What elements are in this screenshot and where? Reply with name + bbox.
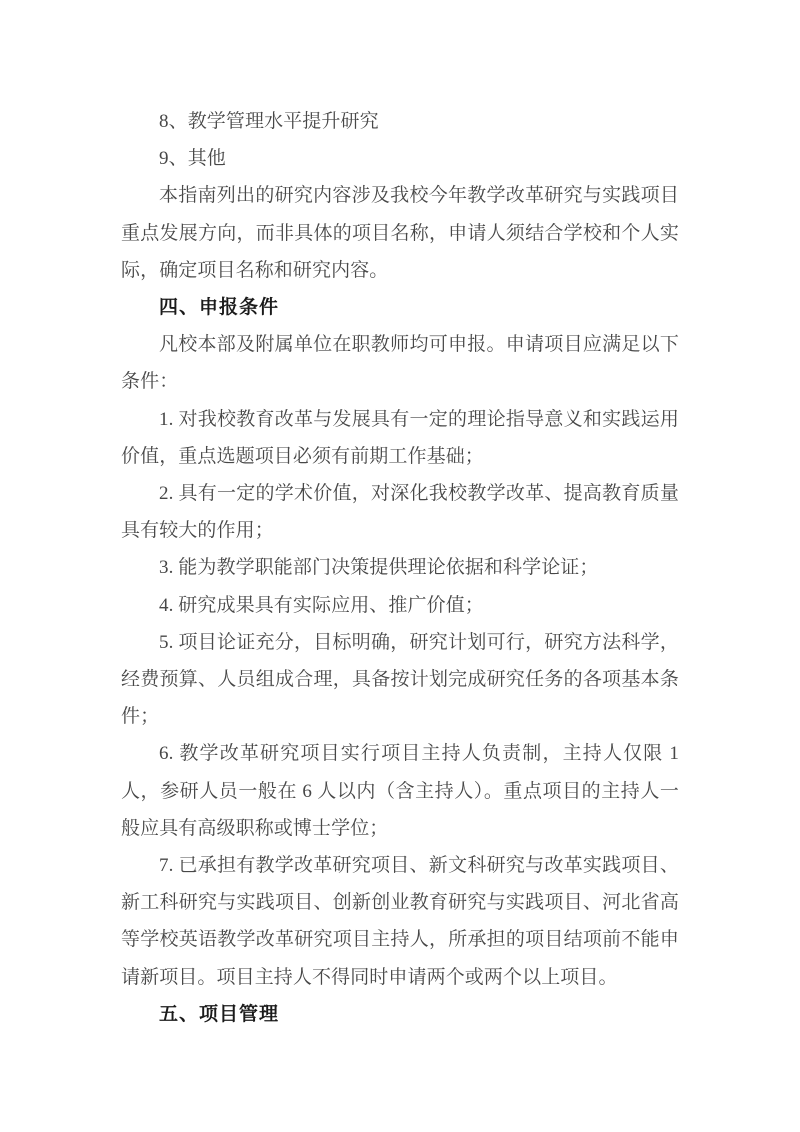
body-paragraph: 5. 项目论证充分，目标明确，研究计划可行，研究方法科学，经费预算、人员组成合理… bbox=[121, 624, 679, 736]
body-paragraph: 3. 能为教学职能部门决策提供理论依据和科学论证； bbox=[121, 549, 679, 586]
body-paragraph: 9、其他 bbox=[121, 140, 679, 177]
section-heading: 四、申报条件 bbox=[121, 289, 679, 326]
body-paragraph: 本指南列出的研究内容涉及我校今年教学改革研究与实践项目重点发展方向，而非具体的项… bbox=[121, 177, 679, 289]
body-paragraph: 7. 已承担有教学改革研究项目、新文科研究与改革实践项目、新工科研究与实践项目、… bbox=[121, 847, 679, 996]
body-paragraph: 8、教学管理水平提升研究 bbox=[121, 103, 679, 140]
body-paragraph: 1. 对我校教育改革与发展具有一定的理论指导意义和实践运用价值，重点选题项目必须… bbox=[121, 401, 679, 475]
section-heading: 五、项目管理 bbox=[121, 996, 679, 1033]
document-page: 8、教学管理水平提升研究9、其他本指南列出的研究内容涉及我校今年教学改革研究与实… bbox=[0, 0, 800, 1132]
body-paragraph: 6. 教学改革研究项目实行项目主持人负责制，主持人仅限 1 人，参研人员一般在 … bbox=[121, 735, 679, 847]
body-paragraph: 凡校本部及附属单位在职教师均可申报。申请项目应满足以下条件： bbox=[121, 326, 679, 400]
document-body: 8、教学管理水平提升研究9、其他本指南列出的研究内容涉及我校今年教学改革研究与实… bbox=[121, 0, 679, 1033]
body-paragraph: 2. 具有一定的学术价值，对深化我校教学改革、提高教育质量具有较大的作用； bbox=[121, 475, 679, 549]
body-paragraph: 4. 研究成果具有实际应用、推广价值； bbox=[121, 587, 679, 624]
